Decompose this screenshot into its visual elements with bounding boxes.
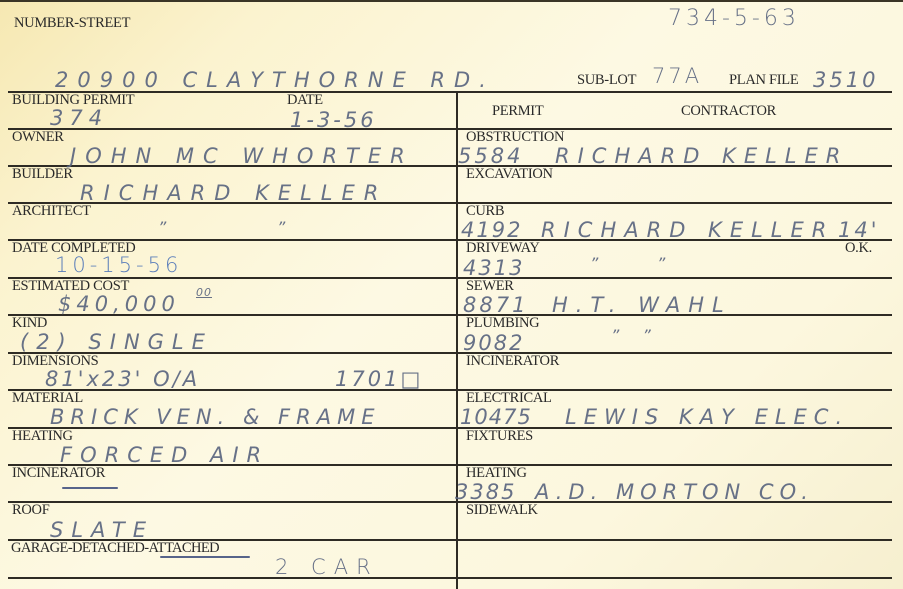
file-number: 734-5-63 [668, 8, 800, 30]
obstruction-contractor: RICHARD KELLER [555, 146, 848, 167]
sewer-contractor: H.T. WAHL [552, 295, 732, 316]
plumbing-permit: 9082 [463, 333, 524, 354]
curb-permit: 4192 [461, 220, 522, 241]
kind-label: KIND [12, 316, 47, 331]
dimensions-area: 1701□ [335, 369, 423, 390]
electrical-permit: 10475 [460, 407, 532, 428]
curb-contractor: RICHARD KELLER [541, 220, 834, 241]
incinerator-label: INCINERATOR [12, 466, 105, 481]
building-permit-value: 374 [50, 108, 108, 129]
driveway-label: DRIVEWAY [466, 241, 540, 256]
plumbing-label: PLUMBING [466, 316, 539, 331]
fixtures-label: FIXTURES [466, 429, 533, 444]
builder-value: RICHARD KELLER [80, 183, 387, 204]
rule-line [8, 277, 892, 279]
sewer-permit: 8871 [463, 295, 528, 316]
dimensions-value: 81'x23' O/A [45, 369, 200, 390]
electrical-label: ELECTRICAL [466, 391, 552, 406]
heating-value: FORCED AIR [60, 445, 269, 466]
owner-label: OWNER [12, 130, 64, 145]
number-street-label: NUMBER-STREET [14, 16, 130, 31]
garage-value: 2 CAR [275, 557, 379, 578]
sub-lot-label: SUB-LOT [577, 73, 636, 88]
builder-label: BUILDER [12, 167, 73, 182]
architect-label: ARCHITECT [12, 204, 91, 219]
kind-value: (2) SINGLE [20, 332, 213, 353]
architect-ditto-2: ” [277, 220, 291, 236]
heating-permit: 3385 [455, 482, 516, 503]
material-label: MATERIAL [12, 391, 83, 406]
curb-label: CURB [466, 204, 504, 219]
estimated-cost-cents: 00 [196, 287, 212, 298]
building-permit-index-card: NUMBER-STREET 734-5-63 20900 CLAYTHORNE … [0, 0, 903, 589]
estimated-cost-value: $40,000 [58, 294, 180, 315]
sewer-label: SEWER [466, 279, 514, 294]
excavation-label: EXCAVATION [466, 167, 553, 182]
plan-file-label: PLAN FILE [729, 73, 798, 88]
incinerator-underline [62, 487, 118, 489]
heating-contractor: A.D. MORTON CO. [535, 482, 814, 503]
sub-lot-value: 77A [652, 66, 702, 87]
curb-note: 14' [838, 220, 880, 241]
date-value: 1-3-56 [290, 110, 377, 131]
heating-label: HEATING [12, 429, 73, 444]
material-value: BRICK VEN. & FRAME [50, 407, 380, 428]
driveway-contractor: ” ” [590, 256, 667, 272]
incinerator-permit-label: INCINERATOR [466, 354, 559, 369]
rule-line [8, 128, 892, 130]
contractor-header: CONTRACTOR [681, 104, 776, 119]
heating-permit-label: HEATING [466, 466, 527, 481]
attached-underline [160, 556, 250, 558]
architect-ditto-1: ” [158, 220, 172, 236]
owner-value: JOHN MC WHORTER [70, 146, 414, 167]
roof-value: SLATE [50, 520, 154, 541]
date-completed-value: 10-15-56 [55, 255, 182, 276]
obstruction-label: OBSTRUCTION [466, 130, 564, 145]
roof-label: ROOF [12, 503, 49, 518]
obstruction-permit: 5584 [458, 146, 523, 167]
plumbing-contractor: ” ” [611, 328, 653, 344]
garage-label: GARAGE-DETACHED-ATTACHED [11, 541, 219, 556]
address-value: 20900 CLAYTHORNE RD. [55, 70, 495, 91]
rule-line [8, 577, 892, 579]
driveway-permit: 4313 [463, 258, 524, 279]
electrical-contractor: LEWIS KAY ELEC. [565, 407, 849, 428]
plan-file-value: 3510 [813, 70, 878, 91]
driveway-note: O.K. [845, 241, 872, 256]
permit-header: PERMIT [492, 104, 543, 119]
date-label: DATE [287, 93, 323, 108]
sidewalk-label: SIDEWALK [466, 503, 538, 518]
rule-line [8, 91, 892, 93]
